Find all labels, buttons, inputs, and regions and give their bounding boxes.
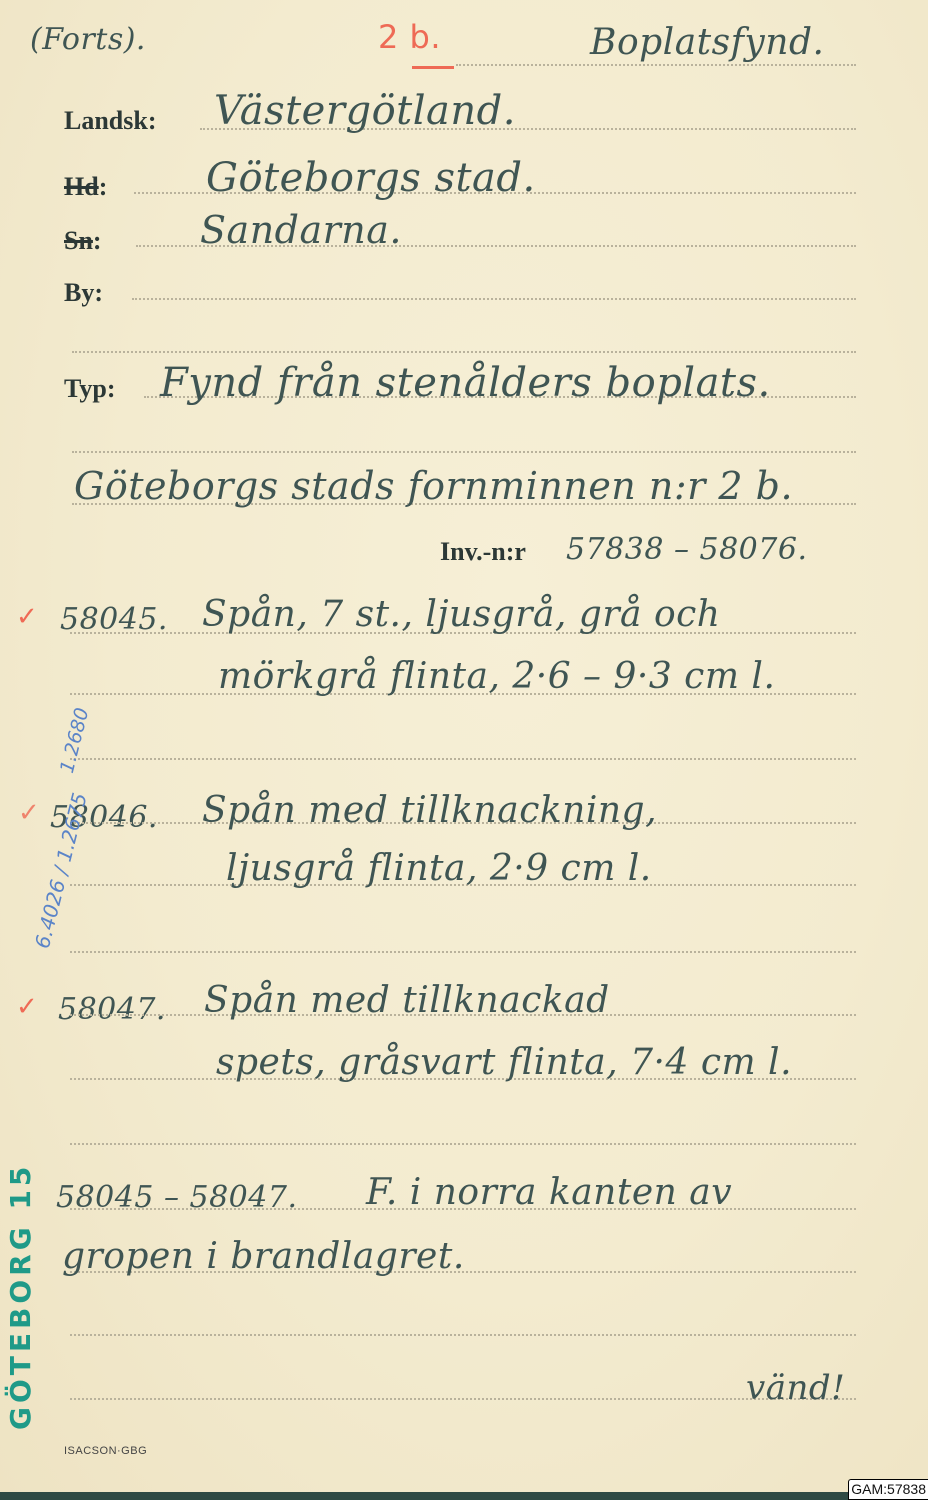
field-label-sn: Sn: <box>64 226 102 256</box>
field-label-hd: Hd: <box>64 172 107 202</box>
context-line <box>70 1398 856 1400</box>
entry-text-line1: Spån med tillknackad <box>204 980 610 1021</box>
entry-line <box>70 1143 856 1145</box>
find-context-line1: F. i norra kanten av <box>366 1172 732 1213</box>
inventory-label: Inv.-n:r <box>440 537 526 567</box>
entry-text-line1: Spån, 7 st., ljusgrå, grå och <box>202 594 720 635</box>
entry-text-line2: mörkgrå flinta, 2·6 – 9·3 cm l. <box>218 656 775 697</box>
field-value-landsk: Västergötland. <box>214 88 516 134</box>
category-title: Boplatsfynd. <box>590 22 824 63</box>
card-number-underline <box>412 66 454 69</box>
collection-value: Göteborgs stads fornminnen n:r 2 b. <box>74 464 793 508</box>
entry-line <box>70 758 856 760</box>
entry-text-line1: Spån med tillknackning, <box>202 790 657 831</box>
card-number: 2 b. <box>378 18 441 56</box>
field-label-by: By: <box>64 278 103 308</box>
type-label: Typ: <box>64 374 116 404</box>
catalogue-card: (Forts). 2 b. Boplatsfynd. Landsk: Väste… <box>0 0 928 1492</box>
continued-note: (Forts). <box>30 22 146 57</box>
context-line <box>70 1334 856 1336</box>
check-mark-icon: ✓ <box>16 992 38 1022</box>
check-mark-icon: ✓ <box>16 602 38 632</box>
entry-text-line2: spets, gråsvart flinta, 7·4 cm l. <box>216 1042 792 1083</box>
check-mark-icon: ✓ <box>18 798 40 828</box>
margin-note-2: 1.2680 <box>56 705 93 775</box>
catalog-id-tag: GAM:57838 <box>848 1479 928 1500</box>
turn-over-note: vänd! <box>746 1368 845 1408</box>
find-context-line2: gropen i brandlagret. <box>62 1236 465 1277</box>
header-dotted-line <box>456 64 856 66</box>
field-value-hd: Göteborgs stad. <box>206 155 536 201</box>
entry-line <box>70 951 856 953</box>
field-value-sn: Sandarna. <box>200 208 402 252</box>
blank-dotted-line <box>72 351 856 353</box>
type-value: Fynd från stenålders boplats. <box>160 360 771 406</box>
entry-text-line2: ljusgrå flinta, 2·9 cm l. <box>226 848 652 889</box>
collection-top-line <box>72 451 856 453</box>
field-line-by <box>132 298 856 300</box>
gothenburg-stamp: GÖTEBORG 15 <box>4 1163 37 1430</box>
inventory-value: 57838 – 58076. <box>566 532 807 567</box>
entry-number: 58047. <box>58 992 166 1027</box>
printer-mark: ISACSON·GBG <box>64 1445 147 1457</box>
scan-edge <box>0 1492 928 1500</box>
field-label-landsk: Landsk: <box>64 106 157 136</box>
